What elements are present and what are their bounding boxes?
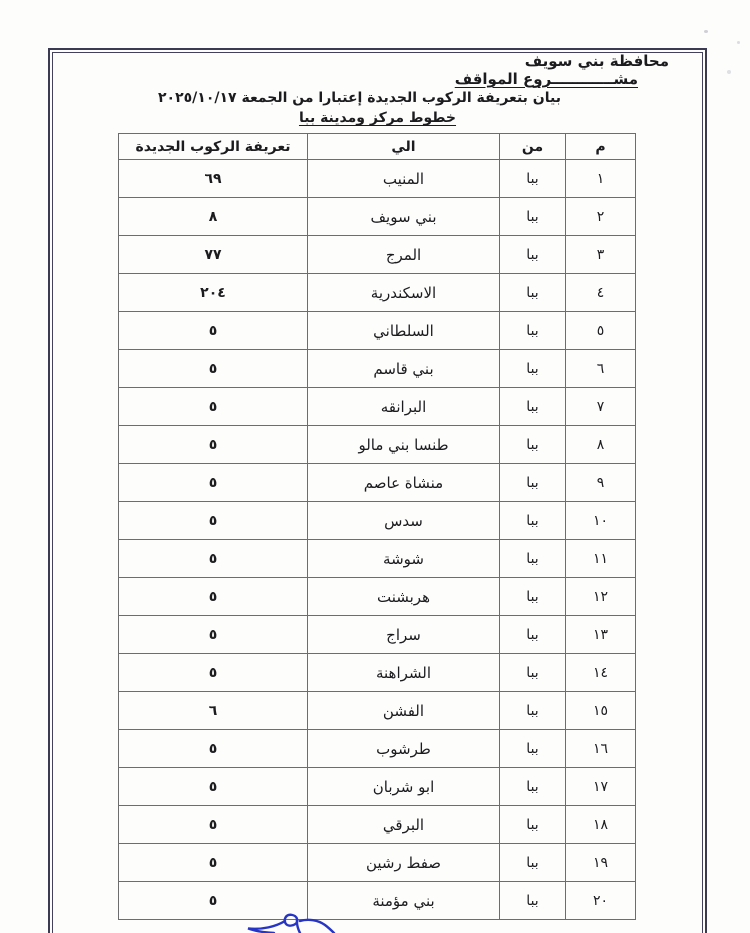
table-row: ٢٠ ببا بني مؤمنة ٥ — [119, 882, 636, 920]
col-header-serial: م — [566, 134, 636, 160]
cell-destination: صفط رشين — [308, 844, 500, 882]
cell-serial: ٤ — [566, 274, 636, 312]
department-title: مشــــــــــــروع المواقف — [51, 70, 702, 88]
scanned-document-page: محافظة بني سويف مشــــــــــــروع المواق… — [0, 0, 750, 933]
cell-origin: ببا — [500, 654, 566, 692]
cell-serial: ٢ — [566, 198, 636, 236]
cell-origin: ببا — [500, 730, 566, 768]
table-row: ١١ ببا شوشة ٥ — [119, 540, 636, 578]
cell-serial: ١٠ — [566, 502, 636, 540]
cell-destination: الفشن — [308, 692, 500, 730]
cell-destination: الشراهنة — [308, 654, 500, 692]
col-header-from: من — [500, 134, 566, 160]
cell-origin: ببا — [500, 578, 566, 616]
cell-fare: ٥ — [119, 578, 308, 616]
cell-origin: ببا — [500, 160, 566, 198]
cell-destination: المنيب — [308, 160, 500, 198]
cell-fare: ٥ — [119, 312, 308, 350]
cell-serial: ١٢ — [566, 578, 636, 616]
cell-fare: ٥ — [119, 388, 308, 426]
cell-origin: ببا — [500, 616, 566, 654]
fare-table: م من الي تعريفة الركوب الجديدة ١ ببا الم… — [118, 133, 636, 920]
cell-serial: ٩ — [566, 464, 636, 502]
cell-serial: ١٣ — [566, 616, 636, 654]
cell-serial: ٣ — [566, 236, 636, 274]
col-header-fare: تعريفة الركوب الجديدة — [119, 134, 308, 160]
table-row: ١٨ ببا البرقي ٥ — [119, 806, 636, 844]
cell-origin: ببا — [500, 464, 566, 502]
cell-serial: ١٨ — [566, 806, 636, 844]
cell-fare: ٥ — [119, 426, 308, 464]
cell-destination: طرشوب — [308, 730, 500, 768]
cell-origin: ببا — [500, 502, 566, 540]
scan-speck — [727, 70, 731, 74]
cell-destination: المرج — [308, 236, 500, 274]
cell-destination: بني قاسم — [308, 350, 500, 388]
cell-serial: ٦ — [566, 350, 636, 388]
cell-serial: ٢٠ — [566, 882, 636, 920]
scan-speck — [704, 30, 708, 33]
table-row: ٨ ببا طنسا بني مالو ٥ — [119, 426, 636, 464]
cell-serial: ١ — [566, 160, 636, 198]
cell-origin: ببا — [500, 806, 566, 844]
cell-destination: طنسا بني مالو — [308, 426, 500, 464]
cell-destination: الاسكندرية — [308, 274, 500, 312]
cell-fare: ٥ — [119, 844, 308, 882]
fare-statement-title: بيان بتعريفة الركوب الجديدة إعتبارا من ا… — [101, 90, 618, 106]
table-row: ١٢ ببا هربشنت ٥ — [119, 578, 636, 616]
cell-fare: ٥ — [119, 806, 308, 844]
table-header-row: م من الي تعريفة الركوب الجديدة — [119, 134, 636, 160]
cell-fare: ٢٠٤ — [119, 274, 308, 312]
cell-origin: ببا — [500, 388, 566, 426]
cell-fare: ٥ — [119, 540, 308, 578]
cell-fare: ٥ — [119, 654, 308, 692]
table-row: ١ ببا المنيب ٦٩ — [119, 160, 636, 198]
cell-serial: ١٤ — [566, 654, 636, 692]
table-row: ١٥ ببا الفشن ٦ — [119, 692, 636, 730]
cell-destination: هربشنت — [308, 578, 500, 616]
table-row: ٣ ببا المرج ٧٧ — [119, 236, 636, 274]
cell-origin: ببا — [500, 350, 566, 388]
cell-destination: شوشة — [308, 540, 500, 578]
cell-origin: ببا — [500, 236, 566, 274]
cell-serial: ١٧ — [566, 768, 636, 806]
cell-serial: ١٦ — [566, 730, 636, 768]
cell-serial: ٨ — [566, 426, 636, 464]
cell-destination: البرانقه — [308, 388, 500, 426]
cell-origin: ببا — [500, 882, 566, 920]
cell-fare: ٧٧ — [119, 236, 308, 274]
cell-fare: ٥ — [119, 616, 308, 654]
cell-fare: ٦ — [119, 692, 308, 730]
cell-fare: ٥ — [119, 464, 308, 502]
cell-origin: ببا — [500, 274, 566, 312]
cell-origin: ببا — [500, 426, 566, 464]
col-header-to: الي — [308, 134, 500, 160]
cell-destination: سراج — [308, 616, 500, 654]
table-row: ٩ ببا منشاة عاصم ٥ — [119, 464, 636, 502]
cell-origin: ببا — [500, 312, 566, 350]
table-row: ١٧ ببا ابو شربان ٥ — [119, 768, 636, 806]
cell-fare: ٥ — [119, 350, 308, 388]
lines-subtitle: خطوط مركز ومدينة ببا — [119, 110, 636, 126]
cell-origin: ببا — [500, 692, 566, 730]
cell-serial: ٥ — [566, 312, 636, 350]
cell-fare: ٥ — [119, 730, 308, 768]
cell-serial: ١١ — [566, 540, 636, 578]
cell-destination: منشاة عاصم — [308, 464, 500, 502]
table-row: ٦ ببا بني قاسم ٥ — [119, 350, 636, 388]
table-row: ٤ ببا الاسكندرية ٢٠٤ — [119, 274, 636, 312]
table-row: ٥ ببا السلطاني ٥ — [119, 312, 636, 350]
scan-speck — [737, 41, 740, 44]
cell-serial: ٧ — [566, 388, 636, 426]
governorate-title: محافظة بني سويف — [51, 52, 702, 70]
table-row: ١٦ ببا طرشوب ٥ — [119, 730, 636, 768]
cell-destination: سدس — [308, 502, 500, 540]
table-row: ١٩ ببا صفط رشين ٥ — [119, 844, 636, 882]
cell-destination: ابو شربان — [308, 768, 500, 806]
cell-fare: ٨ — [119, 198, 308, 236]
cell-origin: ببا — [500, 198, 566, 236]
cell-fare: ٦٩ — [119, 160, 308, 198]
cell-destination: بني سويف — [308, 198, 500, 236]
table-row: ١٠ ببا سدس ٥ — [119, 502, 636, 540]
cell-origin: ببا — [500, 768, 566, 806]
cell-serial: ١٥ — [566, 692, 636, 730]
cell-destination: البرقي — [308, 806, 500, 844]
cell-fare: ٥ — [119, 502, 308, 540]
cell-destination: السلطاني — [308, 312, 500, 350]
table-row: ٢ ببا بني سويف ٨ — [119, 198, 636, 236]
cell-fare: ٥ — [119, 768, 308, 806]
cell-serial: ١٩ — [566, 844, 636, 882]
cell-origin: ببا — [500, 540, 566, 578]
blue-ink-signature-icon — [240, 912, 350, 933]
table-row: ٧ ببا البرانقه ٥ — [119, 388, 636, 426]
cell-origin: ببا — [500, 844, 566, 882]
table-row: ١٤ ببا الشراهنة ٥ — [119, 654, 636, 692]
table-row: ١٣ ببا سراج ٥ — [119, 616, 636, 654]
